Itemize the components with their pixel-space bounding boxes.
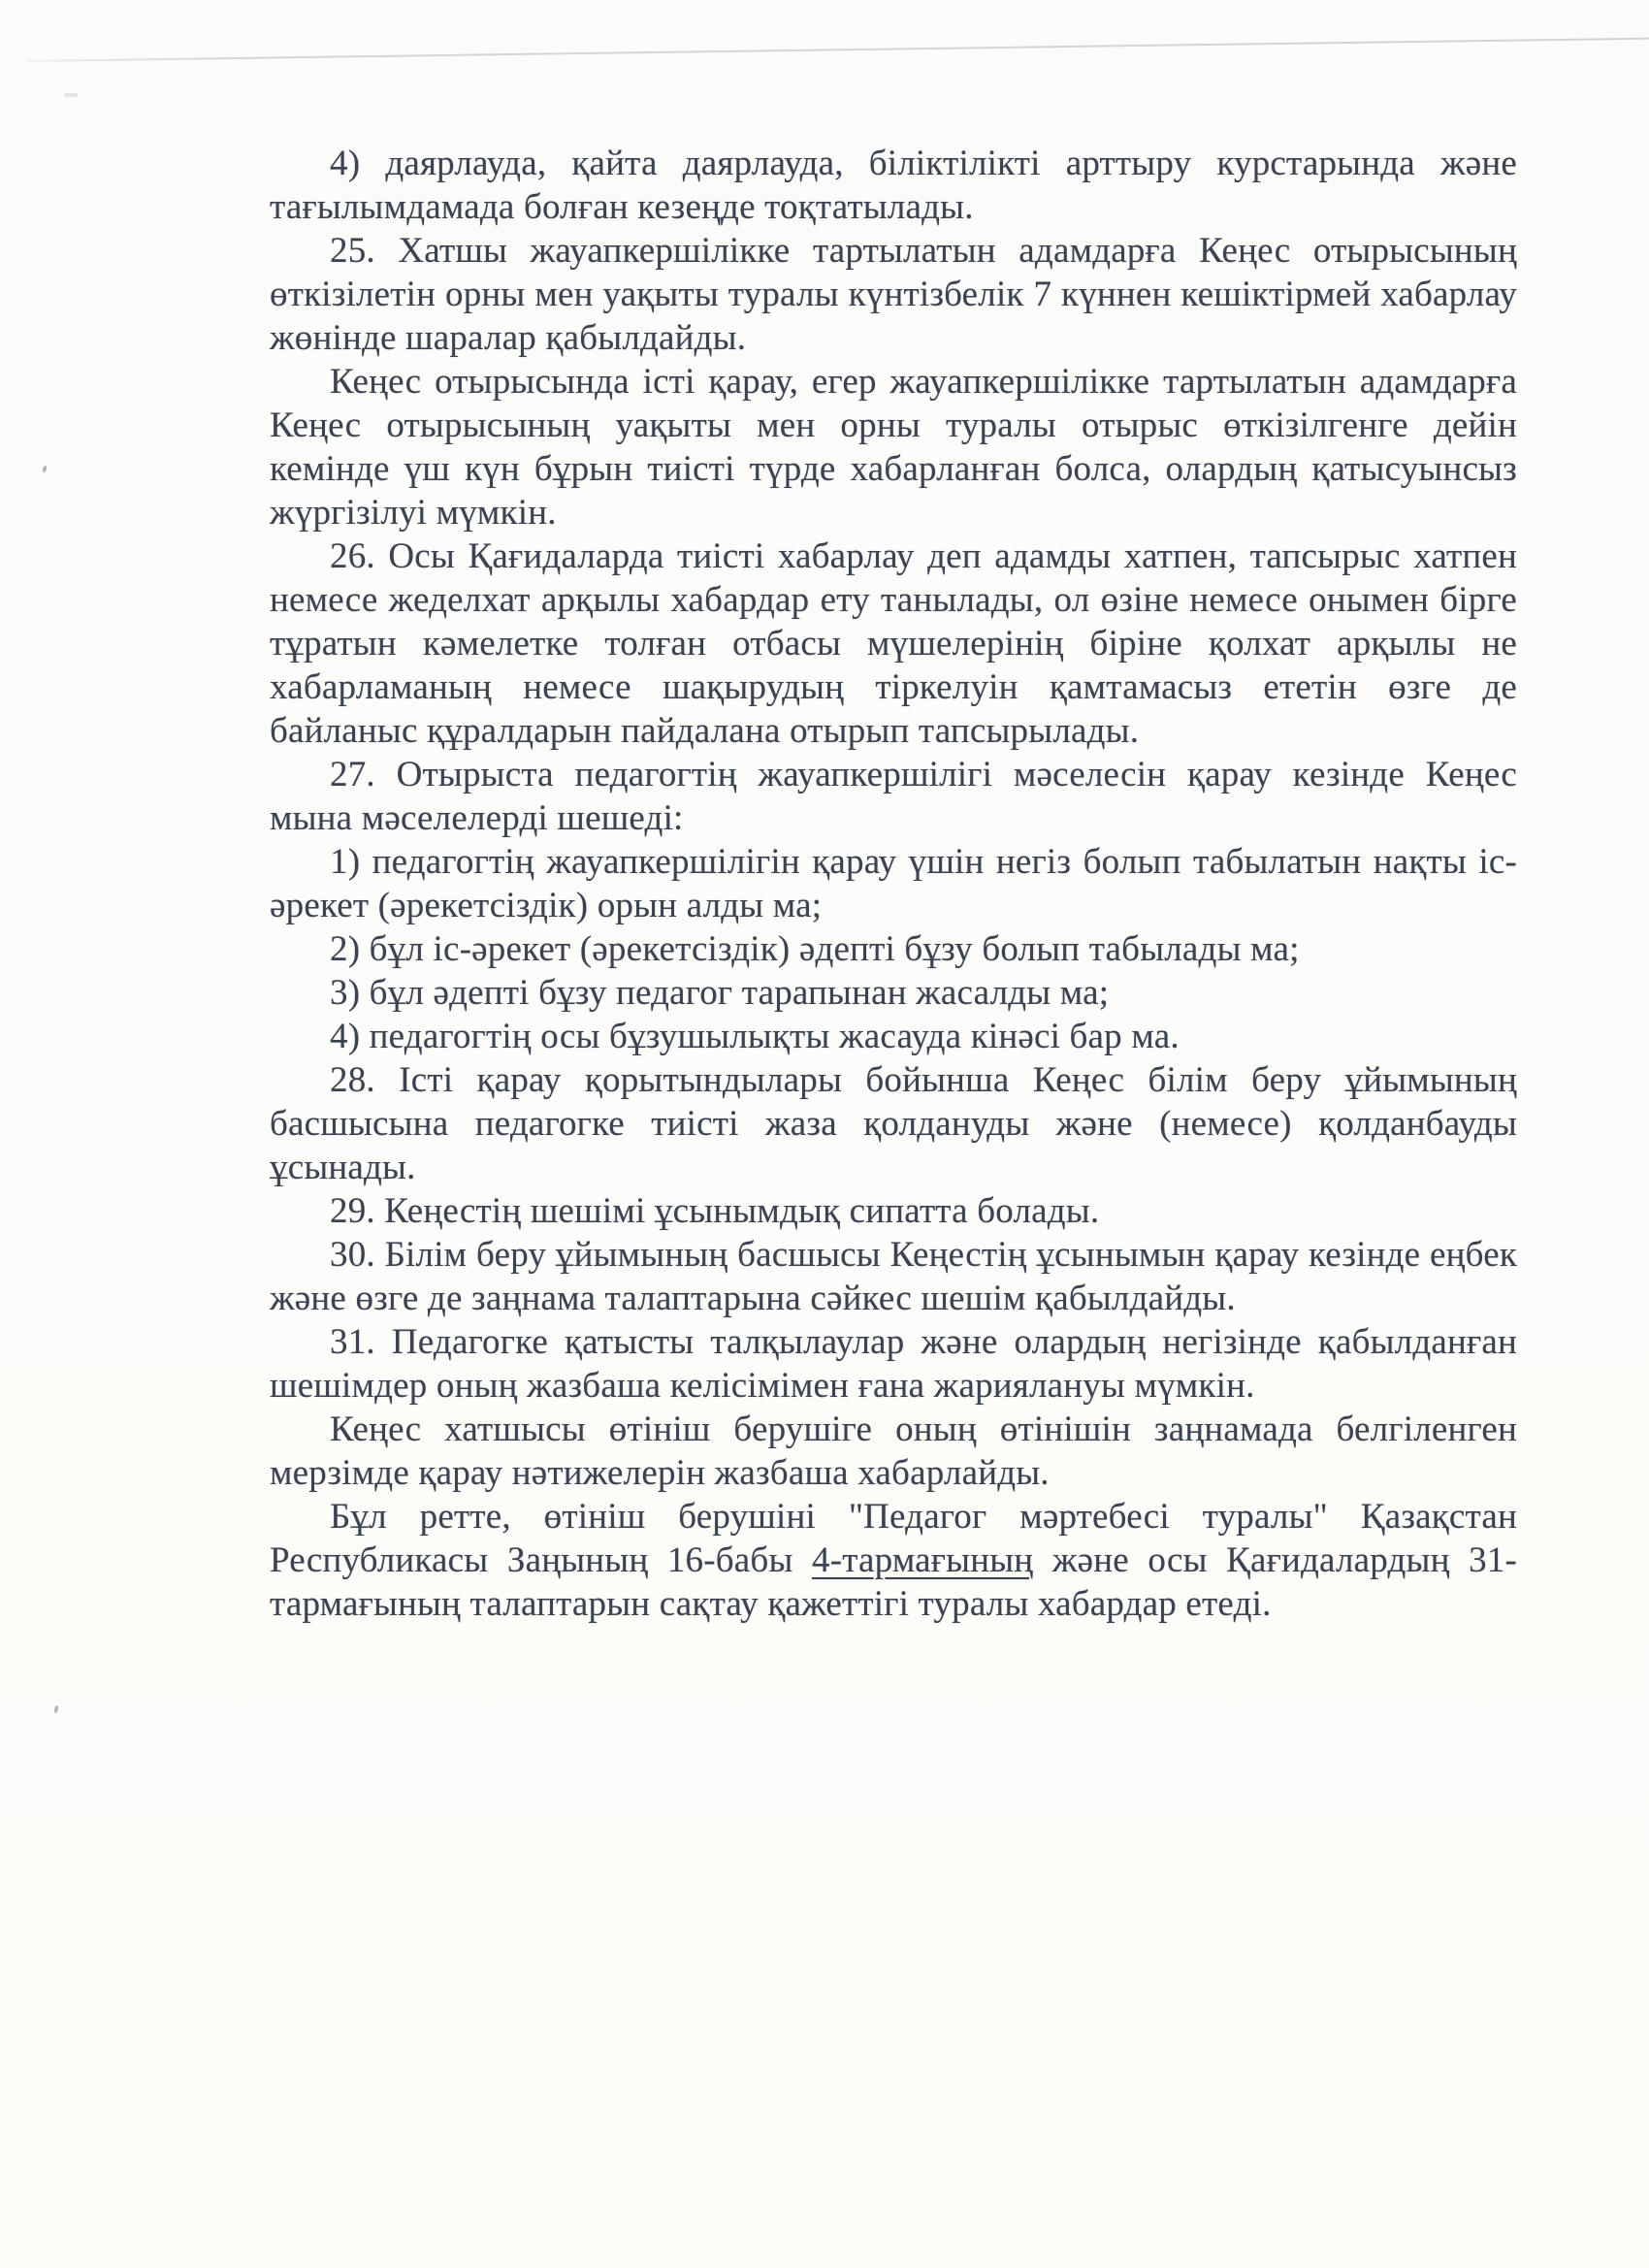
paragraph-29: 29. Кеңестің шешімі ұсынымдық сипатта бо… (270, 1189, 1517, 1233)
paragraph-25: 25. Хатшы жауапкершілікке тартылатын ада… (270, 229, 1517, 360)
paragraph-final: Бұл ретте, өтініш берушіні "Педагог мәрт… (270, 1495, 1517, 1626)
scan-speck (42, 466, 48, 473)
paragraph-31: 31. Педагогке қатысты талқылаулар және о… (270, 1320, 1517, 1408)
paragraph-27-item-1: 1) педагогтің жауапкершілігін қарау үшін… (270, 840, 1517, 927)
paragraph-27: 27. Отырыста педагогтің жауапкершілігі м… (270, 753, 1517, 840)
paragraph-notification: Кеңес хатшысы өтініш берушіге оның өтіні… (270, 1408, 1517, 1495)
paragraph-27-item-3: 3) бұл әдепті бұзу педагог тарапынан жас… (270, 971, 1517, 1015)
scanner-artifact-line (27, 37, 1649, 62)
final-text-underlined-reference: 4-тармағының (812, 1540, 1033, 1580)
paragraph-28: 28. Істі қарау қорытындылары бойынша Кең… (270, 1058, 1517, 1189)
paragraph-26: 26. Осы Қағидаларда тиісті хабарлау деп … (270, 535, 1517, 753)
paragraph-4-continuation: 4) даярлауда, қайта даярлауда, біліктілі… (270, 142, 1517, 229)
scanned-document-page: 4) даярлауда, қайта даярлауда, біліктілі… (0, 0, 1649, 2268)
paragraph-27-item-4: 4) педагогтің осы бұзушылықты жасауда кі… (270, 1015, 1517, 1058)
scan-speck (53, 1705, 59, 1714)
scan-speck (64, 93, 78, 97)
paragraph-27-item-2: 2) бұл іс-әрекет (әрекетсіздік) әдепті б… (270, 927, 1517, 971)
paragraph-30: 30. Білім беру ұйымының басшысы Кеңестің… (270, 1233, 1517, 1320)
paragraph-25-unnumbered: Кеңес отырысында істі қарау, егер жауапк… (270, 360, 1517, 535)
document-text-block: 4) даярлауда, қайта даярлауда, біліктілі… (270, 142, 1517, 1626)
